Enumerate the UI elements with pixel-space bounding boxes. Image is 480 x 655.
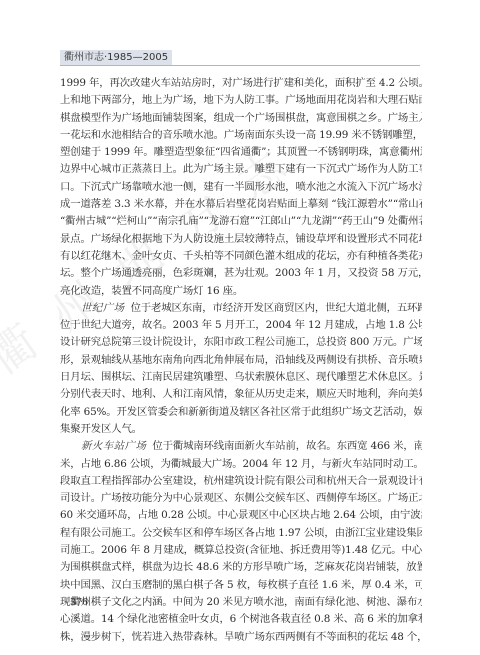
line-text: 日月坛、围棋坛、江南民居建筑雕塑、乌状索膜休息区、现代雕塑艺术休息区。景观点设置 bbox=[60, 371, 422, 383]
line-text: 分别代表天时、地利、人和江南风情，象征从历史走来，顺应天时地利，奔向美好未来。绿 bbox=[60, 388, 422, 400]
line-text: 现衢州棋子文化之内涵。中间为 20 米见方喷水池，南面有绿化池、树池、瀑布水景池… bbox=[60, 596, 422, 608]
text-line: 景点。广场绿化根据地下为人防设施土层较薄特点，铺设草坪和设置形式不同花坛造景。 bbox=[60, 231, 422, 248]
text-line: 司设计。广场按功能分为中心景观区、东侧公交候车区、西侧停车场区。广场正北为直径 bbox=[60, 490, 422, 507]
page-number: · 376 · bbox=[64, 597, 94, 608]
text-line: “衢州古城”“烂柯山”“南宗孔庙”“龙游石窟”“江郎山”“九龙湖”“药王山”9 … bbox=[60, 213, 422, 230]
text-line: 1999 年，再次改建火车站站房时，对广场进行扩建和美化，面积扩至 4.2 公顷… bbox=[60, 75, 422, 92]
text-line: 化率 65%。开发区管委会和新新街道及辖区各社区常于此组织广场文艺活动，娱乐市民… bbox=[60, 404, 422, 421]
line-text: 为围棋棋盘式样，棋盘为边长 48.6 米的方形旱喷广场，芝麻灰花岗岩铺装，放置着… bbox=[60, 561, 422, 573]
text-line: 为围棋棋盘式样，棋盘为边长 48.6 米的方形旱喷广场，芝麻灰花岗岩铺装，放置着… bbox=[60, 559, 422, 576]
text-line: 程有限公司施工。公交候车区和停车场区各占地 1.97 公顷，由浙江宝业建设集团有… bbox=[60, 525, 422, 542]
line-text: 程有限公司施工。公交候车区和停车场区各占地 1.97 公顷，由浙江宝业建设集团有… bbox=[60, 527, 422, 539]
text-line: 成一道落差 3.3 米水幕，并在水幕后岩壁花岗岩贴面上摹刻 “钱江源碧水”“常山… bbox=[60, 196, 422, 213]
line-text: 棋盘模型作为广场地面铺装图案，组成一个广场围棋盘，寓意围棋之乡。广场主入口建有 bbox=[60, 112, 422, 124]
line-text: 心溪道。14 个绿化池密植金叶女贞，6 个树池各栽直径 0.8 米、高 6 米的… bbox=[60, 613, 422, 625]
line-text: 一花坛和水池相结合的音乐喷水池。广场南面东头设一高 19.99 米不锈钢雕塑，寓… bbox=[60, 129, 422, 141]
running-header: 衢州市志·1985—2005 bbox=[60, 50, 420, 66]
text-line: 世纪广场位于老城区东南，市经济开发区商贸区内，世纪大道北侧，五环路西侧。因 bbox=[60, 300, 422, 317]
line-text: 1999 年，再次改建火车站站房时，对广场进行扩建和美化，面积扩至 4.2 公顷… bbox=[60, 77, 422, 89]
text-line: 坛。整个广场通透亮丽，色彩斑斓，甚为壮观。2003 年 1 月，又投资 58 万… bbox=[60, 265, 422, 282]
text-line: 集聚开发区人气。 bbox=[60, 421, 422, 438]
text-line: 株，漫步树下，恍若进入热带森林。旱喷广场东西两侧有不等面积的花坛 48 个，种植… bbox=[60, 629, 422, 646]
line-text: 株，漫步树下，恍若进入热带森林。旱喷广场东西两侧有不等面积的花坛 48 个，种植… bbox=[60, 631, 422, 643]
text-line: 设计研究总院第三设计院设计，东阳市政工程公司施工，总投资 800 万元。广场基地… bbox=[60, 334, 422, 351]
line-text: 位于世纪大道旁，故名。2003 年 5 月开工，2004 年 12 月建成，占地… bbox=[60, 319, 422, 331]
line-text: 成一道落差 3.3 米水幕，并在水幕后岩壁花岗岩贴面上摹刻 “钱江源碧水”“常山… bbox=[60, 198, 422, 210]
line-text: 边界中心城市正蒸蒸日上。此为广场主景。雕塑下建有一下沉式广场作为人防工事出人 bbox=[60, 163, 422, 175]
text-line: 米，占地 6.86 公顷，为衢城最大广场。2004 年 12 月，与新火车站同时… bbox=[60, 456, 422, 473]
line-text: 上和地下两部分，地上为广场，地下为人防工事。广场地面用花岗岩和大理石贴面，以围 bbox=[60, 94, 422, 106]
line-text: 塑创建于 1999 年。雕塑造型象征“四省通衢”；其顶置一不锈钢明珠，寓意衢州这… bbox=[60, 146, 422, 158]
header-title: 衢州市志·1985—2005 bbox=[60, 50, 172, 65]
line-text: 位于老城区东南，市经济开发区商贸区内，世纪大道北侧，五环路西侧。因 bbox=[131, 302, 422, 314]
line-text: 块中国黑、汉白玉磨制的黑白棋子各 5 枚，每枚棋子直径 1.6 米，厚 0.4 … bbox=[60, 579, 422, 591]
line-text: 口。下沉式广场靠喷水池一侧，建有一半圆形水池，喷水池之水流入下沉广场水池中，形 bbox=[60, 181, 422, 193]
line-text: 坛。整个广场通透亮丽，色彩斑斓，甚为壮观。2003 年 1 月，又投资 58 万… bbox=[60, 267, 422, 279]
text-line: 边界中心城市正蒸蒸日上。此为广场主景。雕塑下建有一下沉式广场作为人防工事出人 bbox=[60, 161, 422, 178]
header-rule bbox=[60, 65, 420, 66]
text-line: 司施工。2006 年 8 月建成，概算总投资(含征地、拆迁费用等)1.48 亿元… bbox=[60, 542, 422, 559]
text-line: 塑创建于 1999 年。雕塑造型象征“四省通衢”；其顶置一不锈钢明珠，寓意衢州这… bbox=[60, 144, 422, 161]
line-text: “衢州古城”“烂柯山”“南宗孔庙”“龙游石窟”“江郎山”“九龙湖”“药王山”9 … bbox=[60, 215, 422, 227]
text-line: 日月坛、围棋坛、江南民居建筑雕塑、乌状索膜休息区、现代雕塑艺术休息区。景观点设置 bbox=[60, 369, 422, 386]
text-line: 棋盘模型作为广场地面铺装图案，组成一个广场围棋盘，寓意围棋之乡。广场主入口建有 bbox=[60, 110, 422, 127]
text-line: 口。下沉式广场靠喷水池一侧，建有一半圆形水池，喷水池之水流入下沉广场水池中，形 bbox=[60, 179, 422, 196]
line-text: 司设计。广场按功能分为中心景观区、东侧公交候车区、西侧停车场区。广场正北为直径 bbox=[60, 492, 422, 504]
text-line: 心溪道。14 个绿化池密植金叶女贞，6 个树池各栽直径 0.8 米、高 6 米的… bbox=[60, 611, 422, 628]
text-line: 分别代表天时、地利、人和江南风情，象征从历史走来，顺应天时地利，奔向美好未来。绿 bbox=[60, 386, 422, 403]
body-text: 1999 年，再次改建火车站站房时，对广场进行扩建和美化，面积扩至 4.2 公顷… bbox=[60, 75, 422, 646]
line-text: 位于衢城南环线南面新火车站前，故名。东西宽 466 米，南北长 186 bbox=[152, 440, 422, 452]
section-lead-title: 新火车站广场 bbox=[81, 440, 146, 452]
text-line: 段取直工程指挥部办公室建设，杭州建筑设计院有限公司和杭州天合一景观设计有限公 bbox=[60, 473, 422, 490]
section-lead-title: 世纪广场 bbox=[81, 302, 125, 314]
line-text: 形，景观轴线从基地东南角向西北角伸展布局，沿轴线及两侧设有拱桥、音乐喷泉水池、 bbox=[60, 354, 422, 366]
line-text: 60 米交通环岛，占地 0.28 公顷。中心景观区中心区块占地 2.64 公顷，… bbox=[60, 509, 422, 521]
line-text: 集聚开发区人气。 bbox=[60, 423, 142, 435]
line-text: 化率 65%。开发区管委会和新新街道及辖区各社区常于此组织广场文艺活动，娱乐市民… bbox=[60, 406, 422, 418]
line-text: 司施工。2006 年 8 月建成，概算总投资(含征地、拆迁费用等)1.48 亿元… bbox=[60, 544, 422, 556]
line-text: 有以红花继木、金叶女贞、千头柏等不同颜色灌木组成的花坛，亦有种植各类花卉单体花 bbox=[60, 250, 422, 262]
text-line: 现衢州棋子文化之内涵。中间为 20 米见方喷水池，南面有绿化池、树池、瀑布水景池… bbox=[60, 594, 422, 611]
line-text: 段取直工程指挥部办公室建设，杭州建筑设计院有限公司和杭州天合一景观设计有限公 bbox=[60, 475, 422, 487]
line-text: 亮化改造，装置不同高度广场灯 16 座。 bbox=[60, 285, 243, 297]
text-line: 60 米交通环岛，占地 0.28 公顷。中心景观区中心区块占地 2.64 公顷，… bbox=[60, 507, 422, 524]
text-line: 新火车站广场位于衢城南环线南面新火车站前，故名。东西宽 466 米，南北长 18… bbox=[60, 438, 422, 455]
text-line: 有以红花继木、金叶女贞、千头柏等不同颜色灌木组成的花坛，亦有种植各类花卉单体花 bbox=[60, 248, 422, 265]
text-line: 一花坛和水池相结合的音乐喷水池。广场南面东头设一高 19.99 米不锈钢雕塑，寓… bbox=[60, 127, 422, 144]
text-line: 上和地下两部分，地上为广场，地下为人防工事。广场地面用花岗岩和大理石贴面，以围 bbox=[60, 92, 422, 109]
line-text: 米，占地 6.86 公顷，为衢城最大广场。2004 年 12 月，与新火车站同时… bbox=[60, 458, 422, 470]
text-line: 形，景观轴线从基地东南角向西北角伸展布局，沿轴线及两侧设有拱桥、音乐喷泉水池、 bbox=[60, 352, 422, 369]
text-line: 亮化改造，装置不同高度广场灯 16 座。 bbox=[60, 283, 422, 300]
text-line: 位于世纪大道旁，故名。2003 年 5 月开工，2004 年 12 月建成，占地… bbox=[60, 317, 422, 334]
line-text: 景点。广场绿化根据地下为人防设施土层较薄特点，铺设草坪和设置形式不同花坛造景。 bbox=[60, 233, 422, 245]
document-page: 衢州地方志 衢州市志·1985—2005 1999 年，再次改建火车站站房时，对… bbox=[0, 0, 480, 655]
text-line: 块中国黑、汉白玉磨制的黑白棋子各 5 枚，每枚棋子直径 1.6 米，厚 0.4 … bbox=[60, 577, 422, 594]
line-text: 设计研究总院第三设计院设计，东阳市政工程公司施工，总投资 800 万元。广场基地… bbox=[60, 336, 422, 348]
